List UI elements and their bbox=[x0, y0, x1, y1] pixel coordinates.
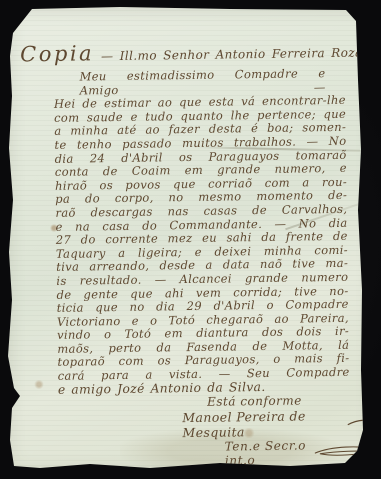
signature-flourish-icon bbox=[313, 441, 381, 462]
copia-label: Copia bbox=[20, 41, 94, 66]
signature-role-row: Ten.e Secr.o int.o bbox=[225, 437, 381, 467]
letter-paper: Copia— Ill.mo Senhor Antonio Ferreira Ro… bbox=[0, 0, 381, 479]
letter-body: Meu estimadissimo Compadre e Amigo — Hei… bbox=[53, 67, 350, 397]
letter-text: Copia— Ill.mo Senhor Antonio Ferreira Ro… bbox=[0, 37, 381, 470]
signature-row: Manoel Pereira de Mesquita bbox=[182, 407, 381, 440]
photo-background: Copia— Ill.mo Senhor Antonio Ferreira Ro… bbox=[0, 0, 381, 479]
signature-role: Ten.e Secr.o int.o bbox=[225, 438, 314, 467]
signature-tail-icon bbox=[347, 416, 381, 429]
letter-heading: Copia— Ill.mo Senhor Antonio Ferreira Ro… bbox=[20, 37, 378, 69]
signature-name: Manoel Pereira de Mesquita bbox=[182, 408, 345, 440]
addressee-text: — Ill.mo Senhor Antonio Ferreira Roza. — bbox=[101, 45, 381, 63]
